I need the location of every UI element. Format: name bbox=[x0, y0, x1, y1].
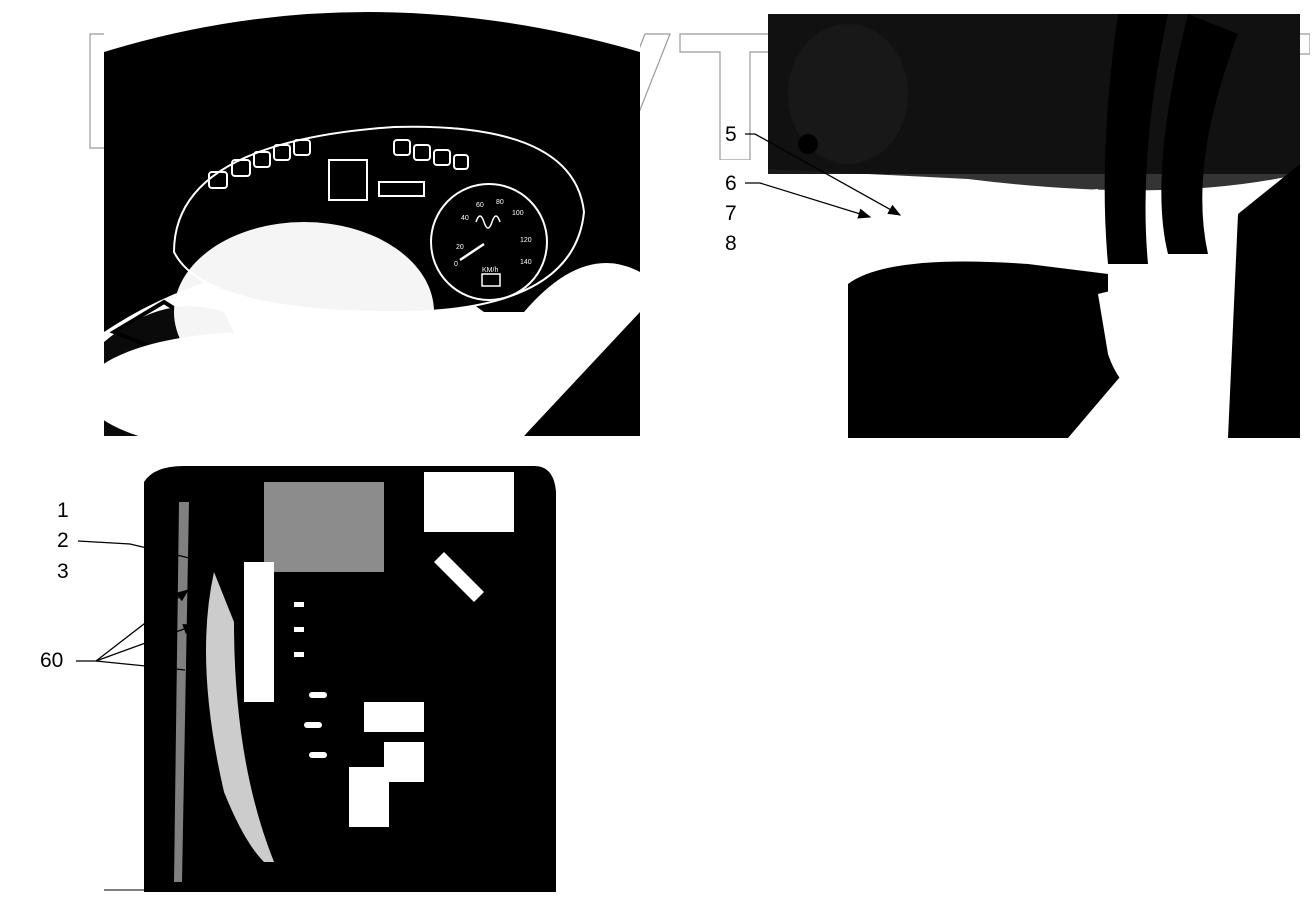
callout-1: 1 bbox=[57, 500, 69, 521]
callout-5: 5 bbox=[725, 124, 737, 145]
gauge-unit-label: KM/h bbox=[482, 267, 498, 274]
gauge-tick-80: 80 bbox=[496, 199, 504, 206]
gauge-tick-0: 0 bbox=[454, 261, 458, 268]
fusebox-photo bbox=[104, 462, 636, 894]
gauge-tick-40: 40 bbox=[461, 215, 469, 222]
dashboard-photo: 0 20 40 60 80 100 120 140 KM/h bbox=[104, 12, 640, 436]
callout-7: 7 bbox=[725, 203, 737, 224]
callout-2: 2 bbox=[57, 530, 69, 551]
hydraulic-photo bbox=[768, 14, 1300, 438]
gauge-tick-60: 60 bbox=[476, 202, 484, 209]
gauge-tick-120: 120 bbox=[520, 237, 532, 244]
gauge-tick-100: 100 bbox=[512, 210, 524, 217]
callout-8: 8 bbox=[725, 233, 737, 254]
gauge-tick-20: 20 bbox=[456, 244, 464, 251]
gauge-tick-140: 140 bbox=[520, 259, 532, 266]
callout-3: 3 bbox=[57, 561, 69, 582]
callout-6: 6 bbox=[725, 173, 737, 194]
callout-60: 60 bbox=[40, 650, 63, 671]
